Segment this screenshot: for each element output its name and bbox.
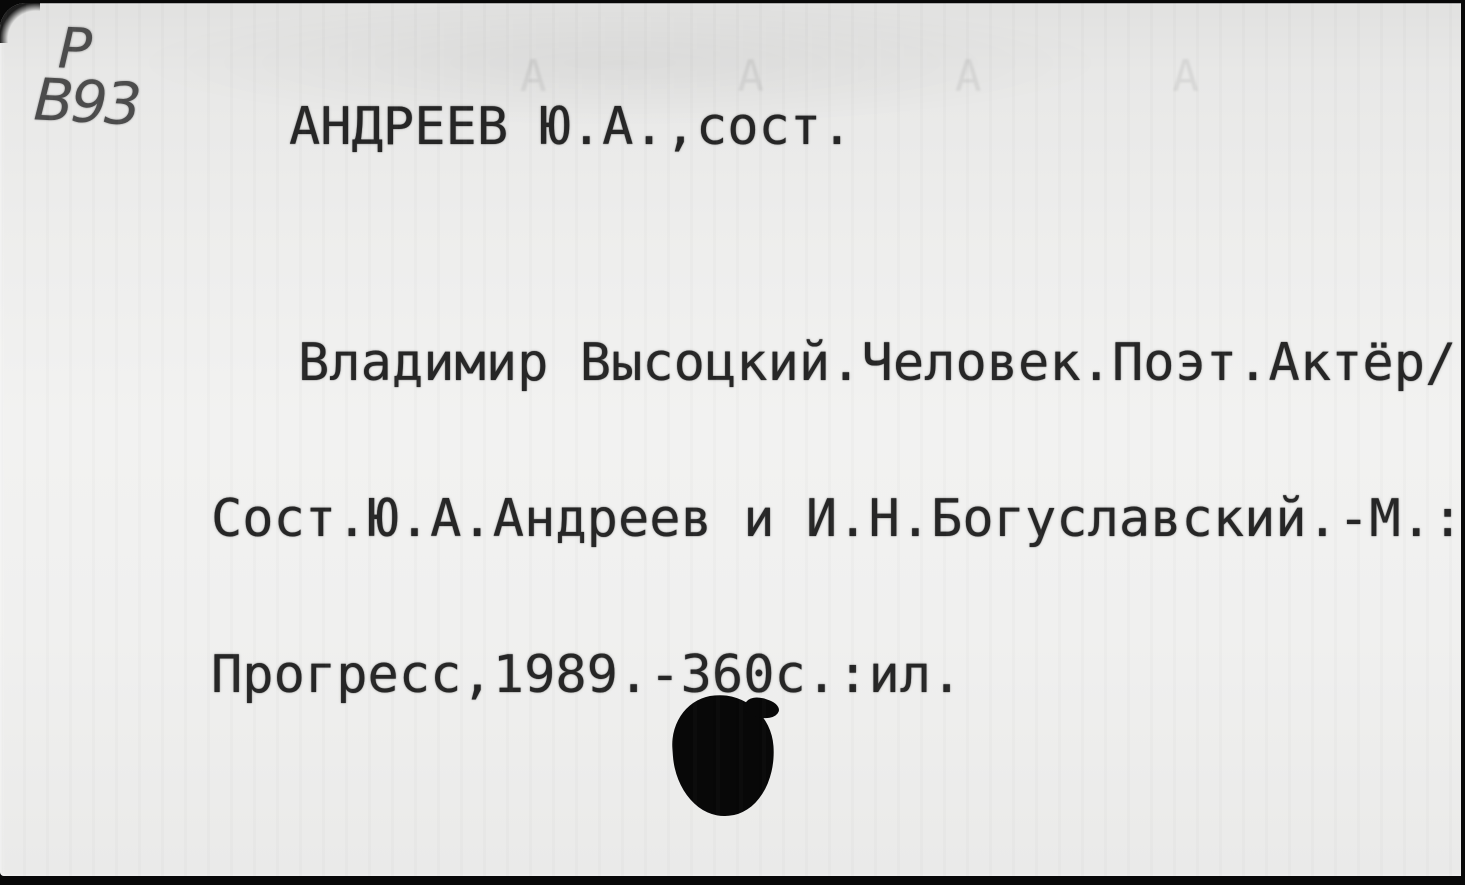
card-corner-shadow	[0, 3, 40, 43]
scanned-catalog-card-image: А А А А Р В93 АНДРЕЕВ Ю.А.,сост. Владими…	[0, 0, 1465, 885]
author-heading: АНДРЕЕВ Ю.А.,сост.	[289, 99, 853, 155]
bibliographic-entry: Владимир Высоцкий.Человек.Поэт.Актёр/ Со…	[211, 233, 1463, 805]
call-number-cutter: В93	[33, 70, 140, 133]
entry-line-title: Владимир Высоцкий.Человек.Поэт.Актёр/	[211, 337, 1463, 389]
typewriter-ghost-impression: А А А А	[520, 51, 1245, 102]
entry-line-imprint: Прогресс,1989.-360с.:ил.	[211, 649, 1463, 701]
catalog-card: А А А А Р В93 АНДРЕЕВ Ю.А.,сост. Владими…	[0, 3, 1461, 876]
entry-line-compilers: Сост.Ю.А.Андреев и И.Н.Богуславский.-М.:	[211, 493, 1463, 545]
